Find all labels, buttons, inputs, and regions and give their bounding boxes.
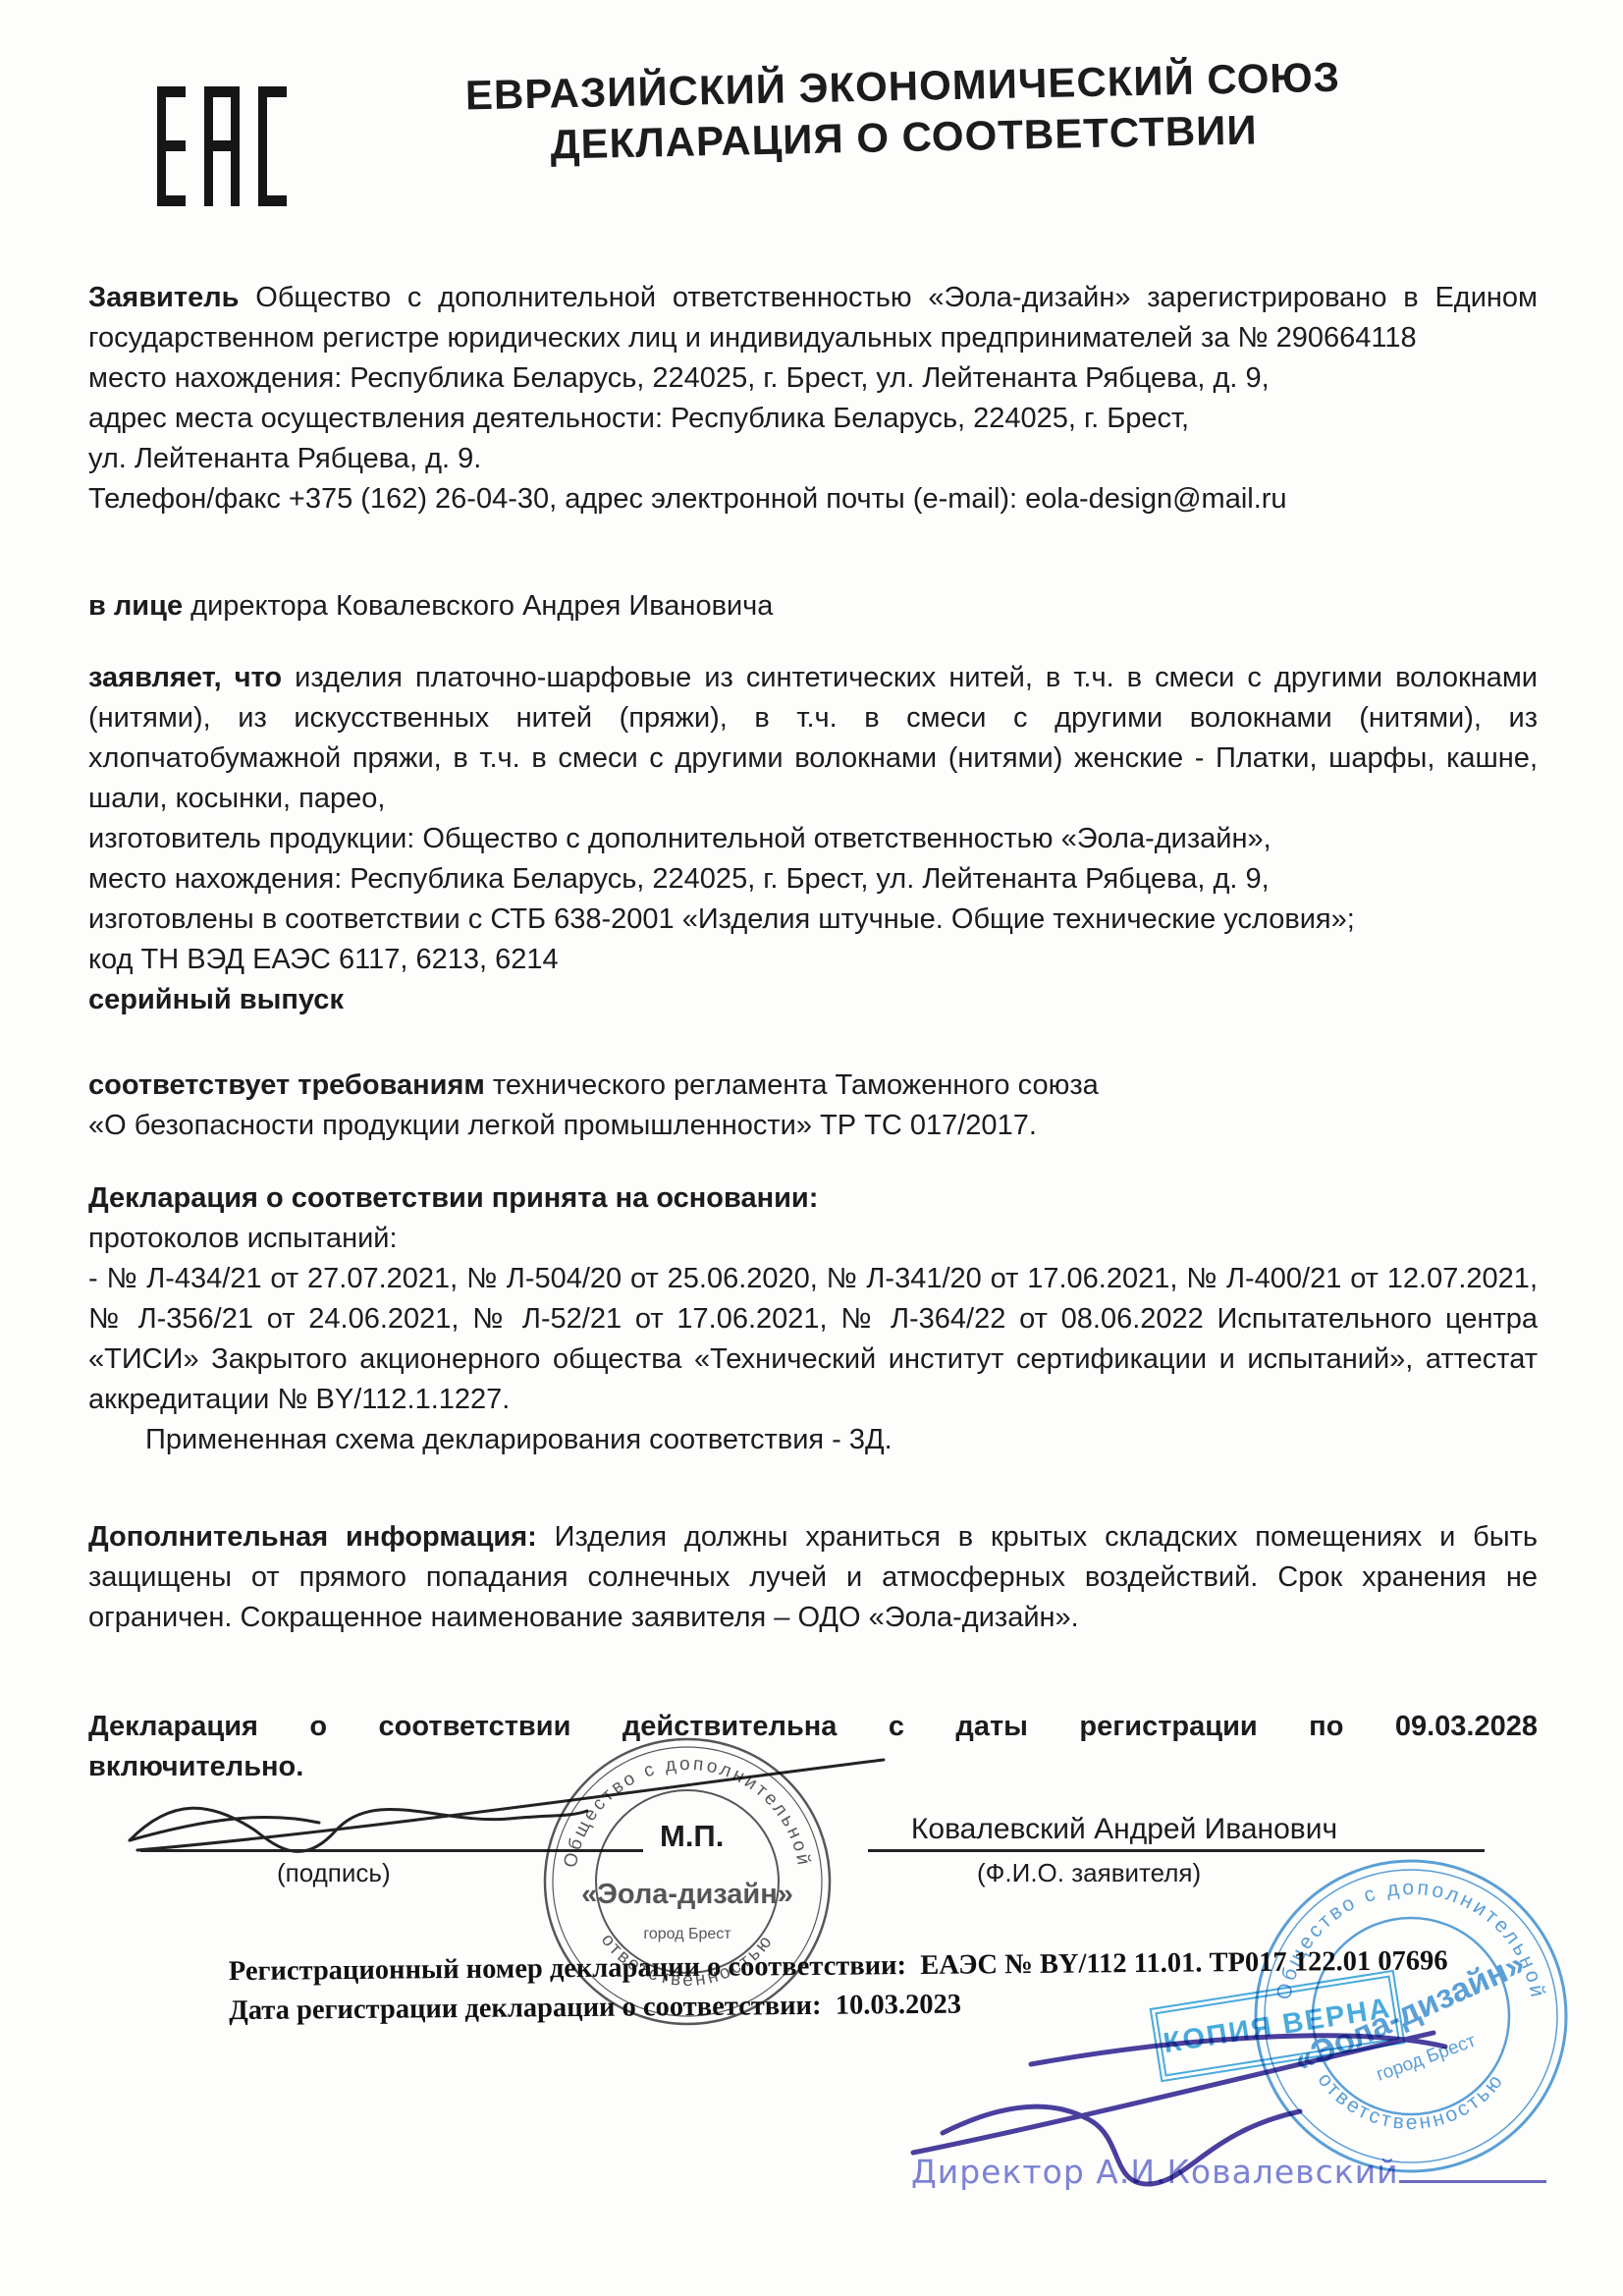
compliance-block: соответствует требованиям технического р…	[88, 1066, 1538, 1146]
representative-lead: в лице	[88, 590, 183, 622]
signature-caption: (подпись)	[277, 1858, 391, 1888]
fio-line	[868, 1849, 1485, 1852]
registration-date-label: Дата регистрации декларации о соответств…	[229, 1991, 822, 2026]
compliance-line2: «О безопасности продукции легкой промышл…	[88, 1106, 1538, 1146]
applicant-contacts-line: Телефон/факс +375 (162) 26-04-30, адрес …	[88, 479, 1538, 519]
product-paragraph: заявляет, что изделия платочно-шарфовые …	[88, 658, 1538, 819]
basis-lead: Декларация о соответствии принята на осн…	[88, 1178, 1538, 1219]
applicant-location-line: место нахождения: Республика Беларусь, 2…	[88, 358, 1538, 399]
applicant-lead: Заявитель	[88, 282, 239, 313]
additional-info-block: Дополнительная информация: Изделия должн…	[88, 1517, 1538, 1638]
basis-scheme-line: Примененная схема декларирования соответ…	[88, 1420, 1538, 1460]
director-caption-underline	[1399, 2180, 1546, 2183]
document-header: ЕВРАЗИЙСКИЙ ЭКОНОМИЧЕСКИЙ СОЮЗ ДЕКЛАРАЦИ…	[323, 49, 1484, 176]
fio-caption: (Ф.И.О. заявителя)	[977, 1858, 1201, 1888]
applicant-fio: Ковалевский Андрей Иванович	[874, 1813, 1375, 1846]
manufacturer-line: изготовитель продукции: Общество с допол…	[88, 819, 1538, 859]
standard-line: изготовлены в соответствии с СТБ 638-200…	[88, 900, 1538, 940]
applicant-street-line: ул. Лейтенанта Рябцева, д. 9.	[88, 439, 1538, 479]
applicant-block: Заявитель Общество с дополнительной отве…	[88, 278, 1538, 519]
compliance-lead: соответствует требованиям	[88, 1069, 485, 1101]
director-caption-text: Директор А.И.Ковалевский	[911, 2153, 1399, 2191]
declaration-document-page: ЕВРАЗИЙСКИЙ ЭКОНОМИЧЕСКИЙ СОЮЗ ДЕКЛАРАЦИ…	[0, 0, 1623, 2296]
applicant-activity-line: адрес места осуществления деятельности: …	[88, 399, 1538, 439]
representative-text: директора Ковалевского Андрея Ивановича	[190, 590, 773, 622]
product-text: изделия платочно-шарфовые из синтетическ…	[88, 662, 1538, 814]
additional-lead: Дополнительная информация:	[88, 1521, 537, 1553]
mp-seal-mark: М.П.	[660, 1819, 724, 1854]
applicant-paragraph: Заявитель Общество с дополнительной отве…	[88, 278, 1538, 358]
representative-block: в лице директора Ковалевского Андрея Ива…	[88, 586, 1538, 627]
compliance-line1: соответствует требованиям технического р…	[88, 1066, 1538, 1106]
black-stamp-center-text: «Эола-дизайн»	[581, 1879, 793, 1910]
tnved-line: код ТН ВЭД ЕАЭС 6117, 6213, 6214	[88, 940, 1538, 980]
basis-block: Декларация о соответствии принята на осн…	[88, 1178, 1538, 1460]
applicant-text: Общество с дополнительной ответственност…	[88, 282, 1538, 354]
declares-lead: заявляет, что	[88, 662, 282, 693]
serial-issue-line: серийный выпуск	[88, 980, 1538, 1020]
basis-protocol-list: - № Л-434/21 от 27.07.2021, № Л-504/20 о…	[88, 1259, 1538, 1420]
registration-number-label: Регистрационный номер декларации о соотв…	[229, 1950, 906, 1987]
manufacturer-address-line: место нахождения: Республика Беларусь, 2…	[88, 859, 1538, 900]
additional-paragraph: Дополнительная информация: Изделия должн…	[88, 1517, 1538, 1638]
product-declaration-block: заявляет, что изделия платочно-шарфовые …	[88, 658, 1538, 1020]
compliance-text1: технического регламента Таможенного союз…	[493, 1069, 1099, 1101]
black-stamp-city-text: город Брест	[643, 1926, 731, 1942]
basis-protocols-line: протоколов испытаний:	[88, 1219, 1538, 1259]
director-caption: Директор А.И.Ковалевский	[911, 2153, 1546, 2191]
eac-logo	[157, 86, 287, 206]
